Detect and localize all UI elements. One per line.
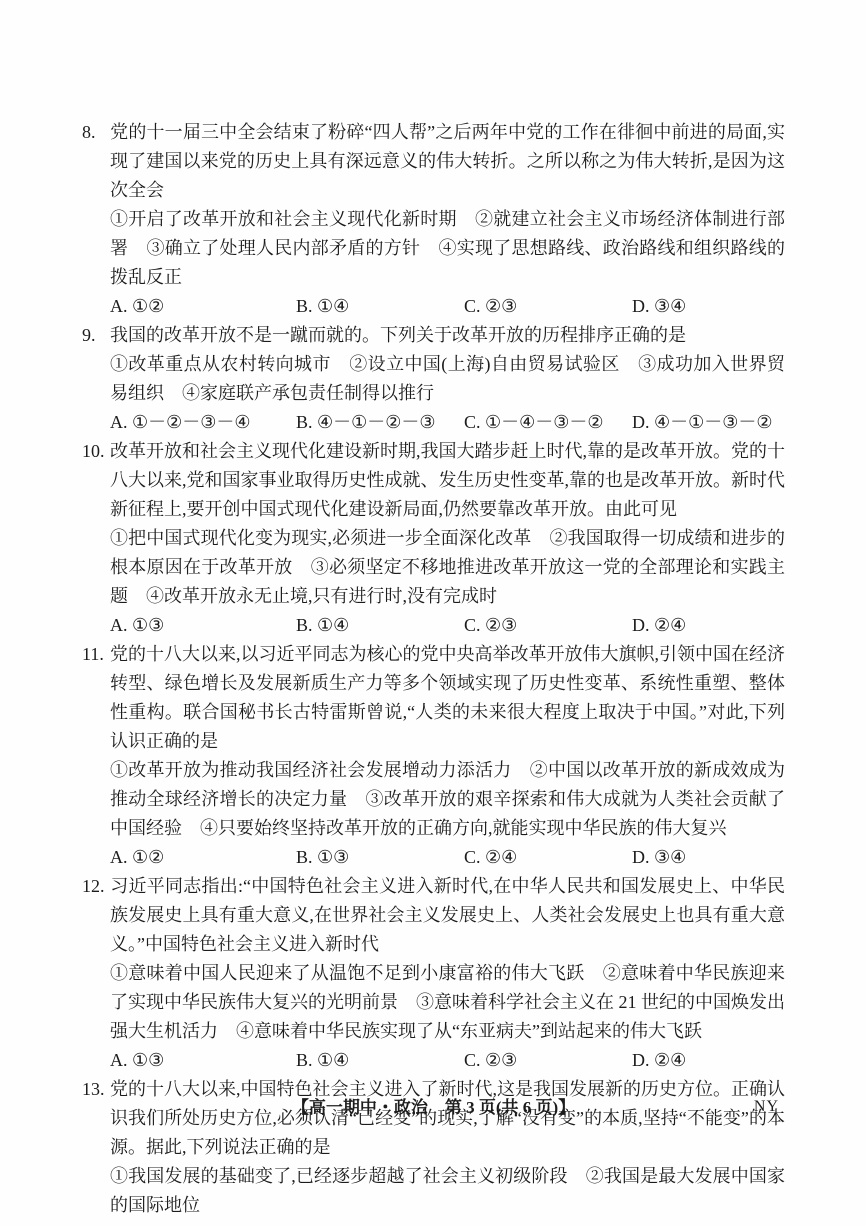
- option-a: A. ①②: [110, 292, 296, 321]
- question-stem-text: 党的十一届三中全会结束了粉碎“四人帮”之后两年中党的工作在徘徊中前进的局面,实现…: [110, 122, 785, 200]
- question-number: 8.: [82, 118, 110, 147]
- question-stem-text: 改革开放和社会主义现代化建设新时期,我国大踏步赶上时代,靠的是改革开放。党的十八…: [110, 441, 785, 519]
- option-b: B. ①④: [296, 1046, 464, 1075]
- question-stem: 11.党的十八大以来,以习近平同志为核心的党中央高举改革开放伟大旗帜,引领中国在…: [82, 640, 785, 756]
- question-items: ①开启了改革开放和社会主义现代化新时期 ②就建立社会主义市场经济体制进行部署 ③…: [82, 205, 785, 292]
- exam-page: 8.党的十一届三中全会结束了粉碎“四人帮”之后两年中党的工作在徘徊中前进的局面,…: [0, 0, 867, 1226]
- option-a: A. ①③: [110, 1046, 296, 1075]
- question-11: 11.党的十八大以来,以习近平同志为核心的党中央高举改革开放伟大旗帜,引领中国在…: [82, 640, 785, 872]
- question-stem: 10.改革开放和社会主义现代化建设新时期,我国大踏步赶上时代,靠的是改革开放。党…: [82, 437, 785, 524]
- question-number: 11.: [82, 640, 110, 669]
- question-stem-text: 习近平同志指出:“中国特色社会主义进入新时代,在中华人民共和国发展史上、中华民族…: [110, 876, 785, 954]
- option-c: C. ②③: [464, 292, 632, 321]
- option-c: C. ②④: [464, 843, 632, 872]
- question-number: 12.: [82, 872, 110, 901]
- option-c: C. ①－④－③－②: [464, 408, 632, 437]
- question-options: A. ①－②－③－④ B. ④－①－②－③ C. ①－④－③－② D. ④－①－…: [82, 408, 785, 437]
- footer-code: NY: [754, 1098, 779, 1116]
- option-b: B. ①③: [296, 843, 464, 872]
- question-stem: 9.我国的改革开放不是一蹴而就的。下列关于改革开放的历程排序正确的是: [82, 321, 785, 350]
- option-d: D. ②④: [632, 611, 785, 640]
- question-options: A. ①② B. ①④ C. ②③ D. ③④: [82, 292, 785, 321]
- option-d: D. ④－①－③－②: [632, 408, 785, 437]
- page-footer-label: 【高一期中・政治 第 3 页(共 6 页)】: [292, 1098, 575, 1117]
- question-options: A. ①③ B. ①④ C. ②③ D. ②④: [82, 611, 785, 640]
- option-d: D. ③④: [632, 843, 785, 872]
- question-stem-text: 党的十八大以来,以习近平同志为核心的党中央高举改革开放伟大旗帜,引领中国在经济转…: [110, 644, 785, 751]
- option-c: C. ②③: [464, 611, 632, 640]
- question-options: A. ①② B. ①③ C. ②④ D. ③④: [82, 843, 785, 872]
- question-9: 9.我国的改革开放不是一蹴而就的。下列关于改革开放的历程排序正确的是 ①改革重点…: [82, 321, 785, 437]
- question-8: 8.党的十一届三中全会结束了粉碎“四人帮”之后两年中党的工作在徘徊中前进的局面,…: [82, 118, 785, 321]
- option-b: B. ①④: [296, 292, 464, 321]
- question-options: A. ①③ B. ①④ C. ②③ D. ②④: [82, 1046, 785, 1075]
- option-d: D. ③④: [632, 292, 785, 321]
- question-items: ①意味着中国人民迎来了从温饱不足到小康富裕的伟大飞跃 ②意味着中华民族迎来了实现…: [82, 959, 785, 1046]
- option-d: D. ②④: [632, 1046, 785, 1075]
- question-12: 12.习近平同志指出:“中国特色社会主义进入新时代,在中华人民共和国发展史上、中…: [82, 872, 785, 1075]
- question-items: ①改革开放为推动我国经济社会发展增动力添活力 ②中国以改革开放的新成效成为推动全…: [82, 756, 785, 843]
- question-number: 10.: [82, 437, 110, 466]
- question-stem-text: 我国的改革开放不是一蹴而就的。下列关于改革开放的历程排序正确的是: [110, 325, 686, 345]
- question-number: 9.: [82, 321, 110, 350]
- question-items: ①改革重点从农村转向城市 ②设立中国(上海)自由贸易试验区 ③成功加入世界贸易组…: [82, 350, 785, 408]
- question-stem: 12.习近平同志指出:“中国特色社会主义进入新时代,在中华人民共和国发展史上、中…: [82, 872, 785, 959]
- question-items: ①我国发展的基础变了,已经逐步超越了社会主义初级阶段 ②我国是最大发展中国家的国…: [82, 1162, 785, 1220]
- option-b: B. ①④: [296, 611, 464, 640]
- option-a: A. ①③: [110, 611, 296, 640]
- question-items: ①把中国式现代化变为现实,必须进一步全面深化改革 ②我国取得一切成绩和进步的根本…: [82, 524, 785, 611]
- page-footer: 【高一期中・政治 第 3 页(共 6 页)】: [0, 1096, 867, 1120]
- question-list: 8.党的十一届三中全会结束了粉碎“四人帮”之后两年中党的工作在徘徊中前进的局面,…: [0, 0, 867, 1220]
- option-c: C. ②③: [464, 1046, 632, 1075]
- question-10: 10.改革开放和社会主义现代化建设新时期,我国大踏步赶上时代,靠的是改革开放。党…: [82, 437, 785, 640]
- option-b: B. ④－①－②－③: [296, 408, 464, 437]
- question-stem: 8.党的十一届三中全会结束了粉碎“四人帮”之后两年中党的工作在徘徊中前进的局面,…: [82, 118, 785, 205]
- option-a: A. ①②: [110, 843, 296, 872]
- option-a: A. ①－②－③－④: [110, 408, 296, 437]
